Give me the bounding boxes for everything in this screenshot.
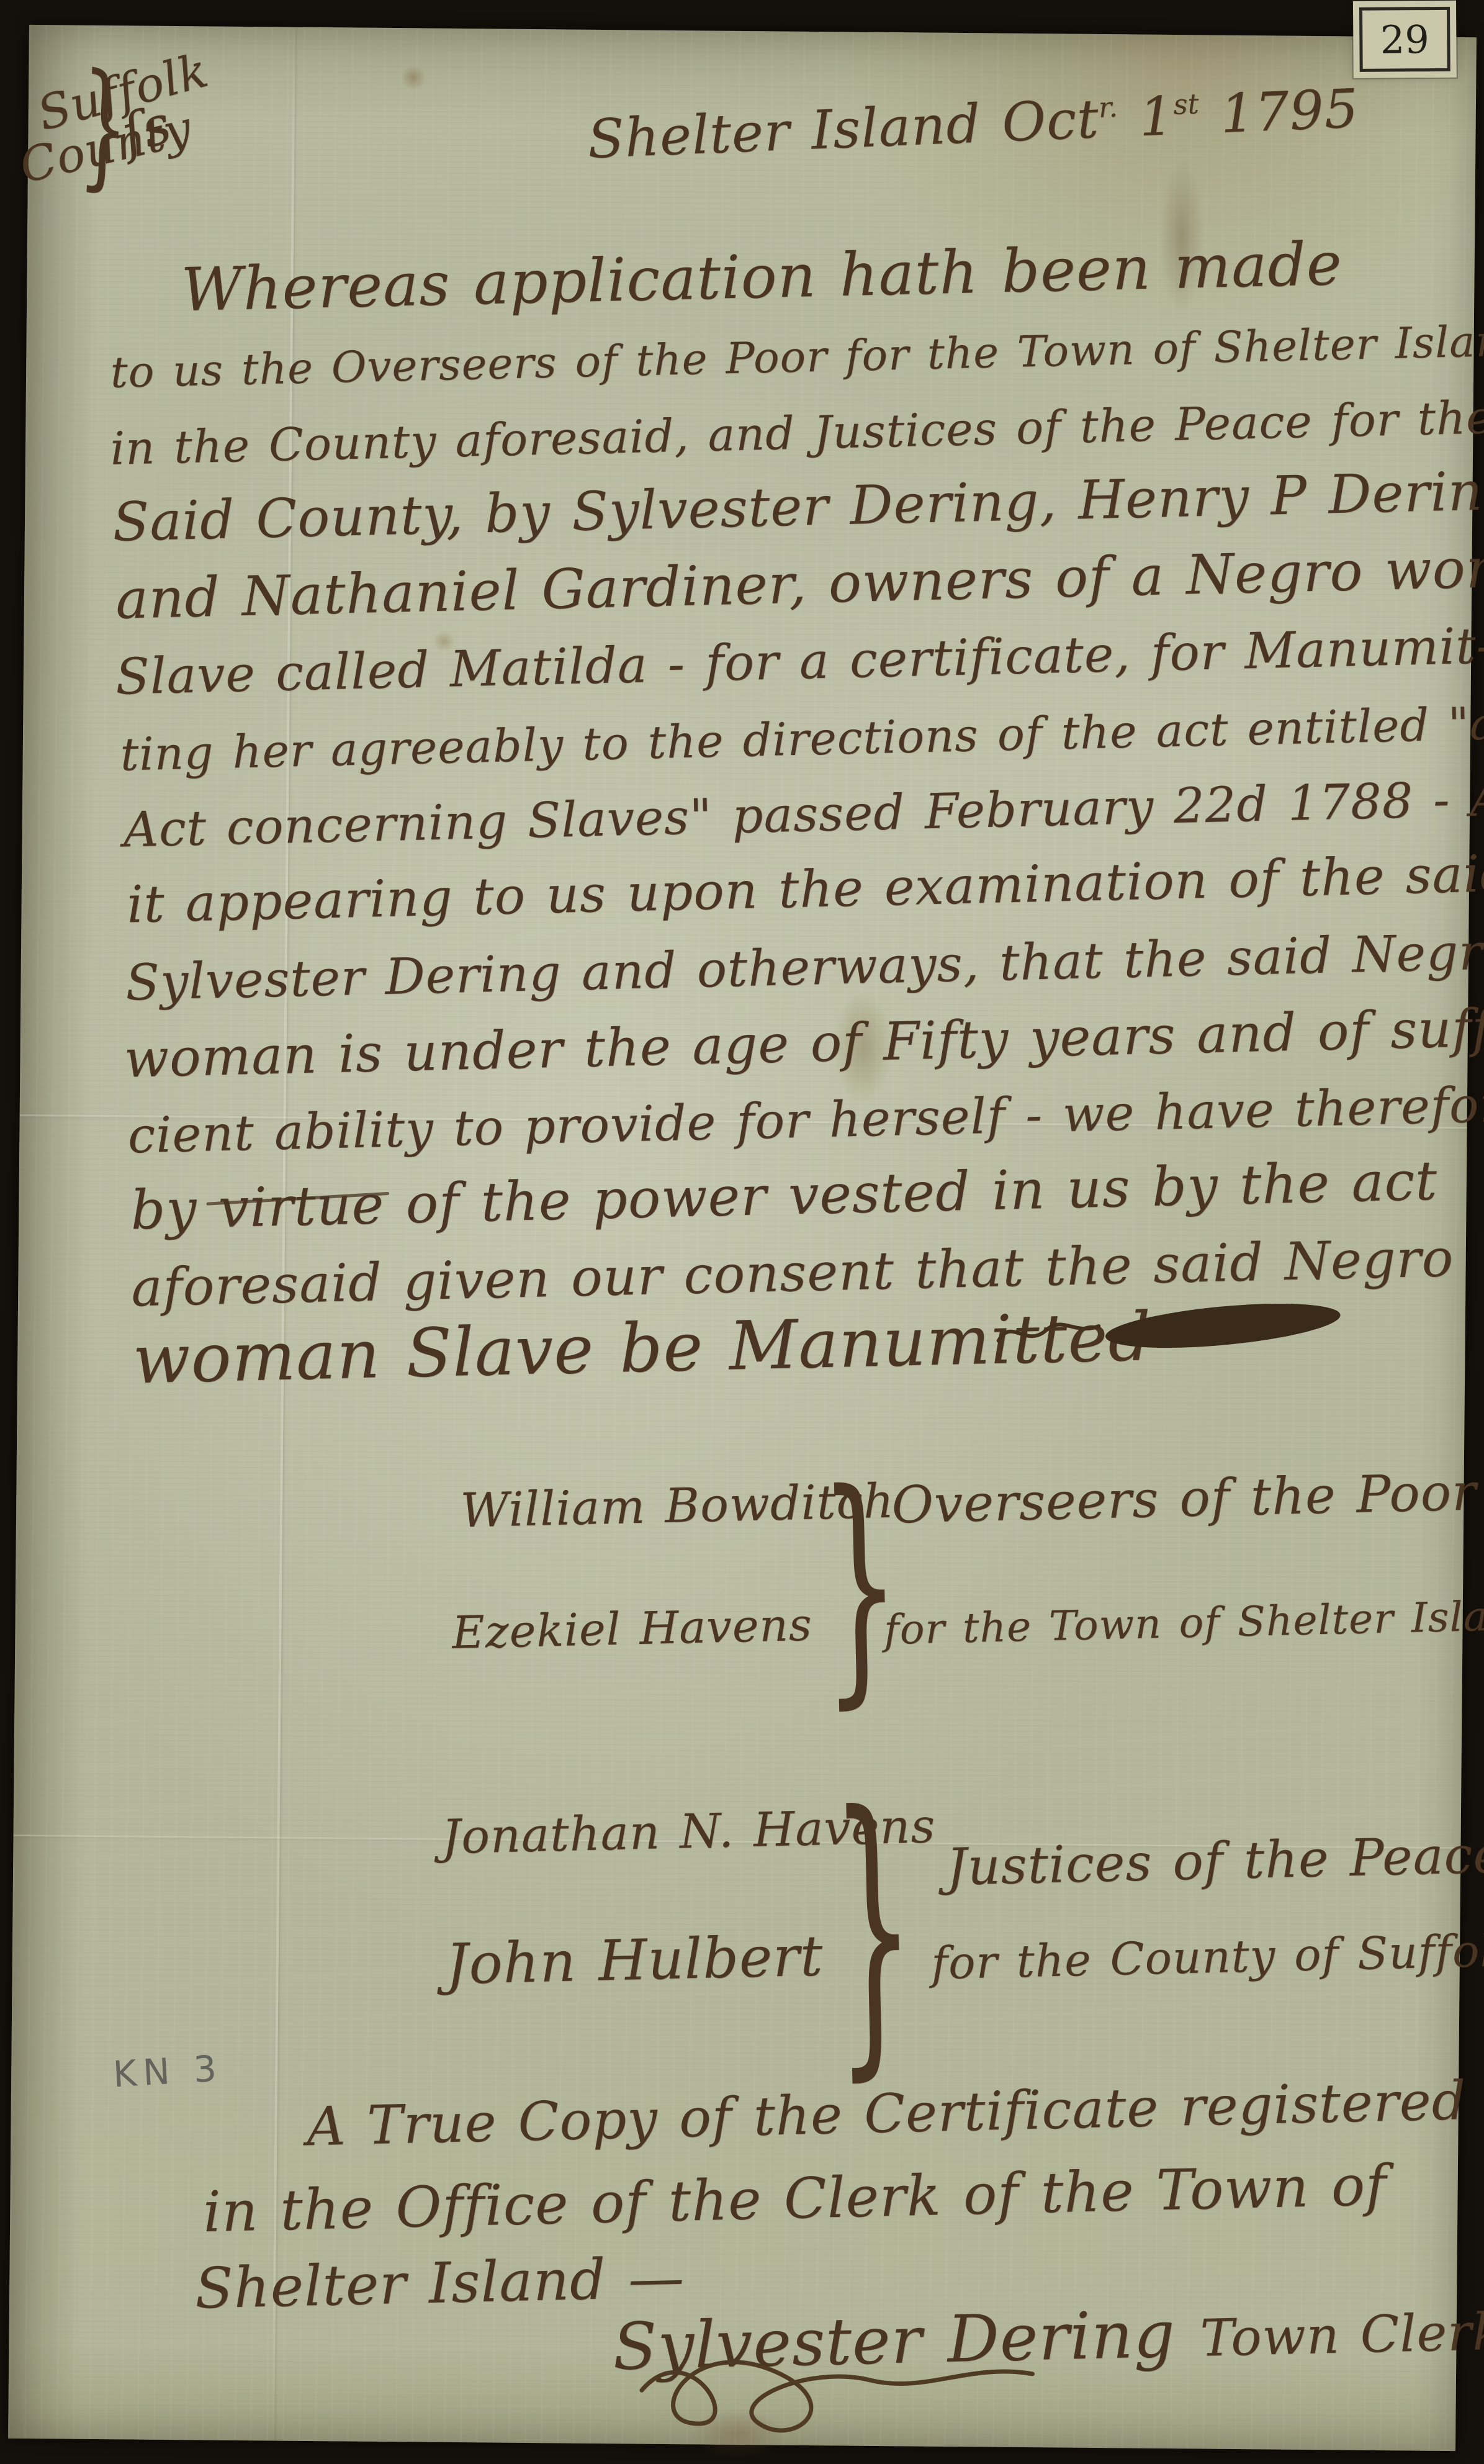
body-line: Slave called Matilda - for a certificate…: [115, 621, 1484, 702]
body-line: woman is under the age of Fifty years an…: [124, 1001, 1484, 1085]
justices-role-line1: Justices of the Peace: [946, 1830, 1484, 1893]
manuscript-layer: 29 Suffolk County } ſs Shelter Island Oc…: [0, 0, 1484, 2464]
body-line: Act concerning Slaves" passed February 2…: [123, 774, 1484, 855]
body-line: Whereas application hath been made: [181, 234, 1343, 320]
closing-line-1: A True Copy of the Certificate registere…: [306, 2074, 1467, 2154]
body-line: to us the Overseers of the Poor for the …: [110, 320, 1484, 395]
date-sup-r: r.: [1098, 91, 1118, 124]
date-year: 1795: [1198, 78, 1360, 146]
page-number-frame: 29: [1359, 7, 1450, 72]
justices-role-line2: for the County of Suffolk: [931, 1928, 1484, 1986]
page-number: 29: [1380, 17, 1429, 63]
body-line: ting her agreeably to the directions of …: [120, 700, 1484, 777]
clerk-title: Town Clerk: [1200, 2303, 1484, 2368]
justices-brace: }: [830, 1776, 918, 2082]
page-number-label: 29: [1353, 1, 1457, 78]
body-line: and Nathaniel Gardiner, owners of a Negr…: [115, 539, 1484, 627]
signature-john-hulbert: John Hulbert: [445, 1928, 824, 1993]
scanned-document-page: { "colors": { "scanner_background": "#14…: [0, 0, 1484, 2464]
date-sup-st: st: [1172, 87, 1199, 121]
overseers-brace: }: [818, 1460, 902, 1710]
pencil-note: KN 3: [112, 2047, 223, 2095]
overseers-role-line2: for the Town of Shelter Island: [884, 1595, 1484, 1651]
closing-line-3: Shelter Island —: [194, 2250, 685, 2317]
body-line: in the County aforesaid, and Justices of…: [110, 395, 1484, 472]
closing-line-2: in the Office of the Clerk of the Town o…: [202, 2158, 1387, 2241]
body-line: Sylvester Dering and otherways, that the…: [125, 927, 1484, 1008]
body-line: cient ability to provide for herself - w…: [127, 1080, 1484, 1160]
signature-flourish: [597, 2337, 1084, 2453]
place-date-line: Shelter Island Octr. 1st 1795: [587, 82, 1360, 166]
signature-ezekiel-havens: Ezekiel Havens: [451, 1602, 812, 1655]
date-day: 1: [1117, 85, 1175, 150]
body-line: Said County, by Sylvester Dering, Henry …: [112, 464, 1484, 549]
overseers-role-line1: Overseers of the Poor: [891, 1467, 1477, 1531]
body-line: it appearing to us upon the examination …: [127, 849, 1484, 931]
ink-flourish-blob: [992, 1284, 1354, 1373]
date-place: Shelter Island Oct: [587, 88, 1100, 171]
